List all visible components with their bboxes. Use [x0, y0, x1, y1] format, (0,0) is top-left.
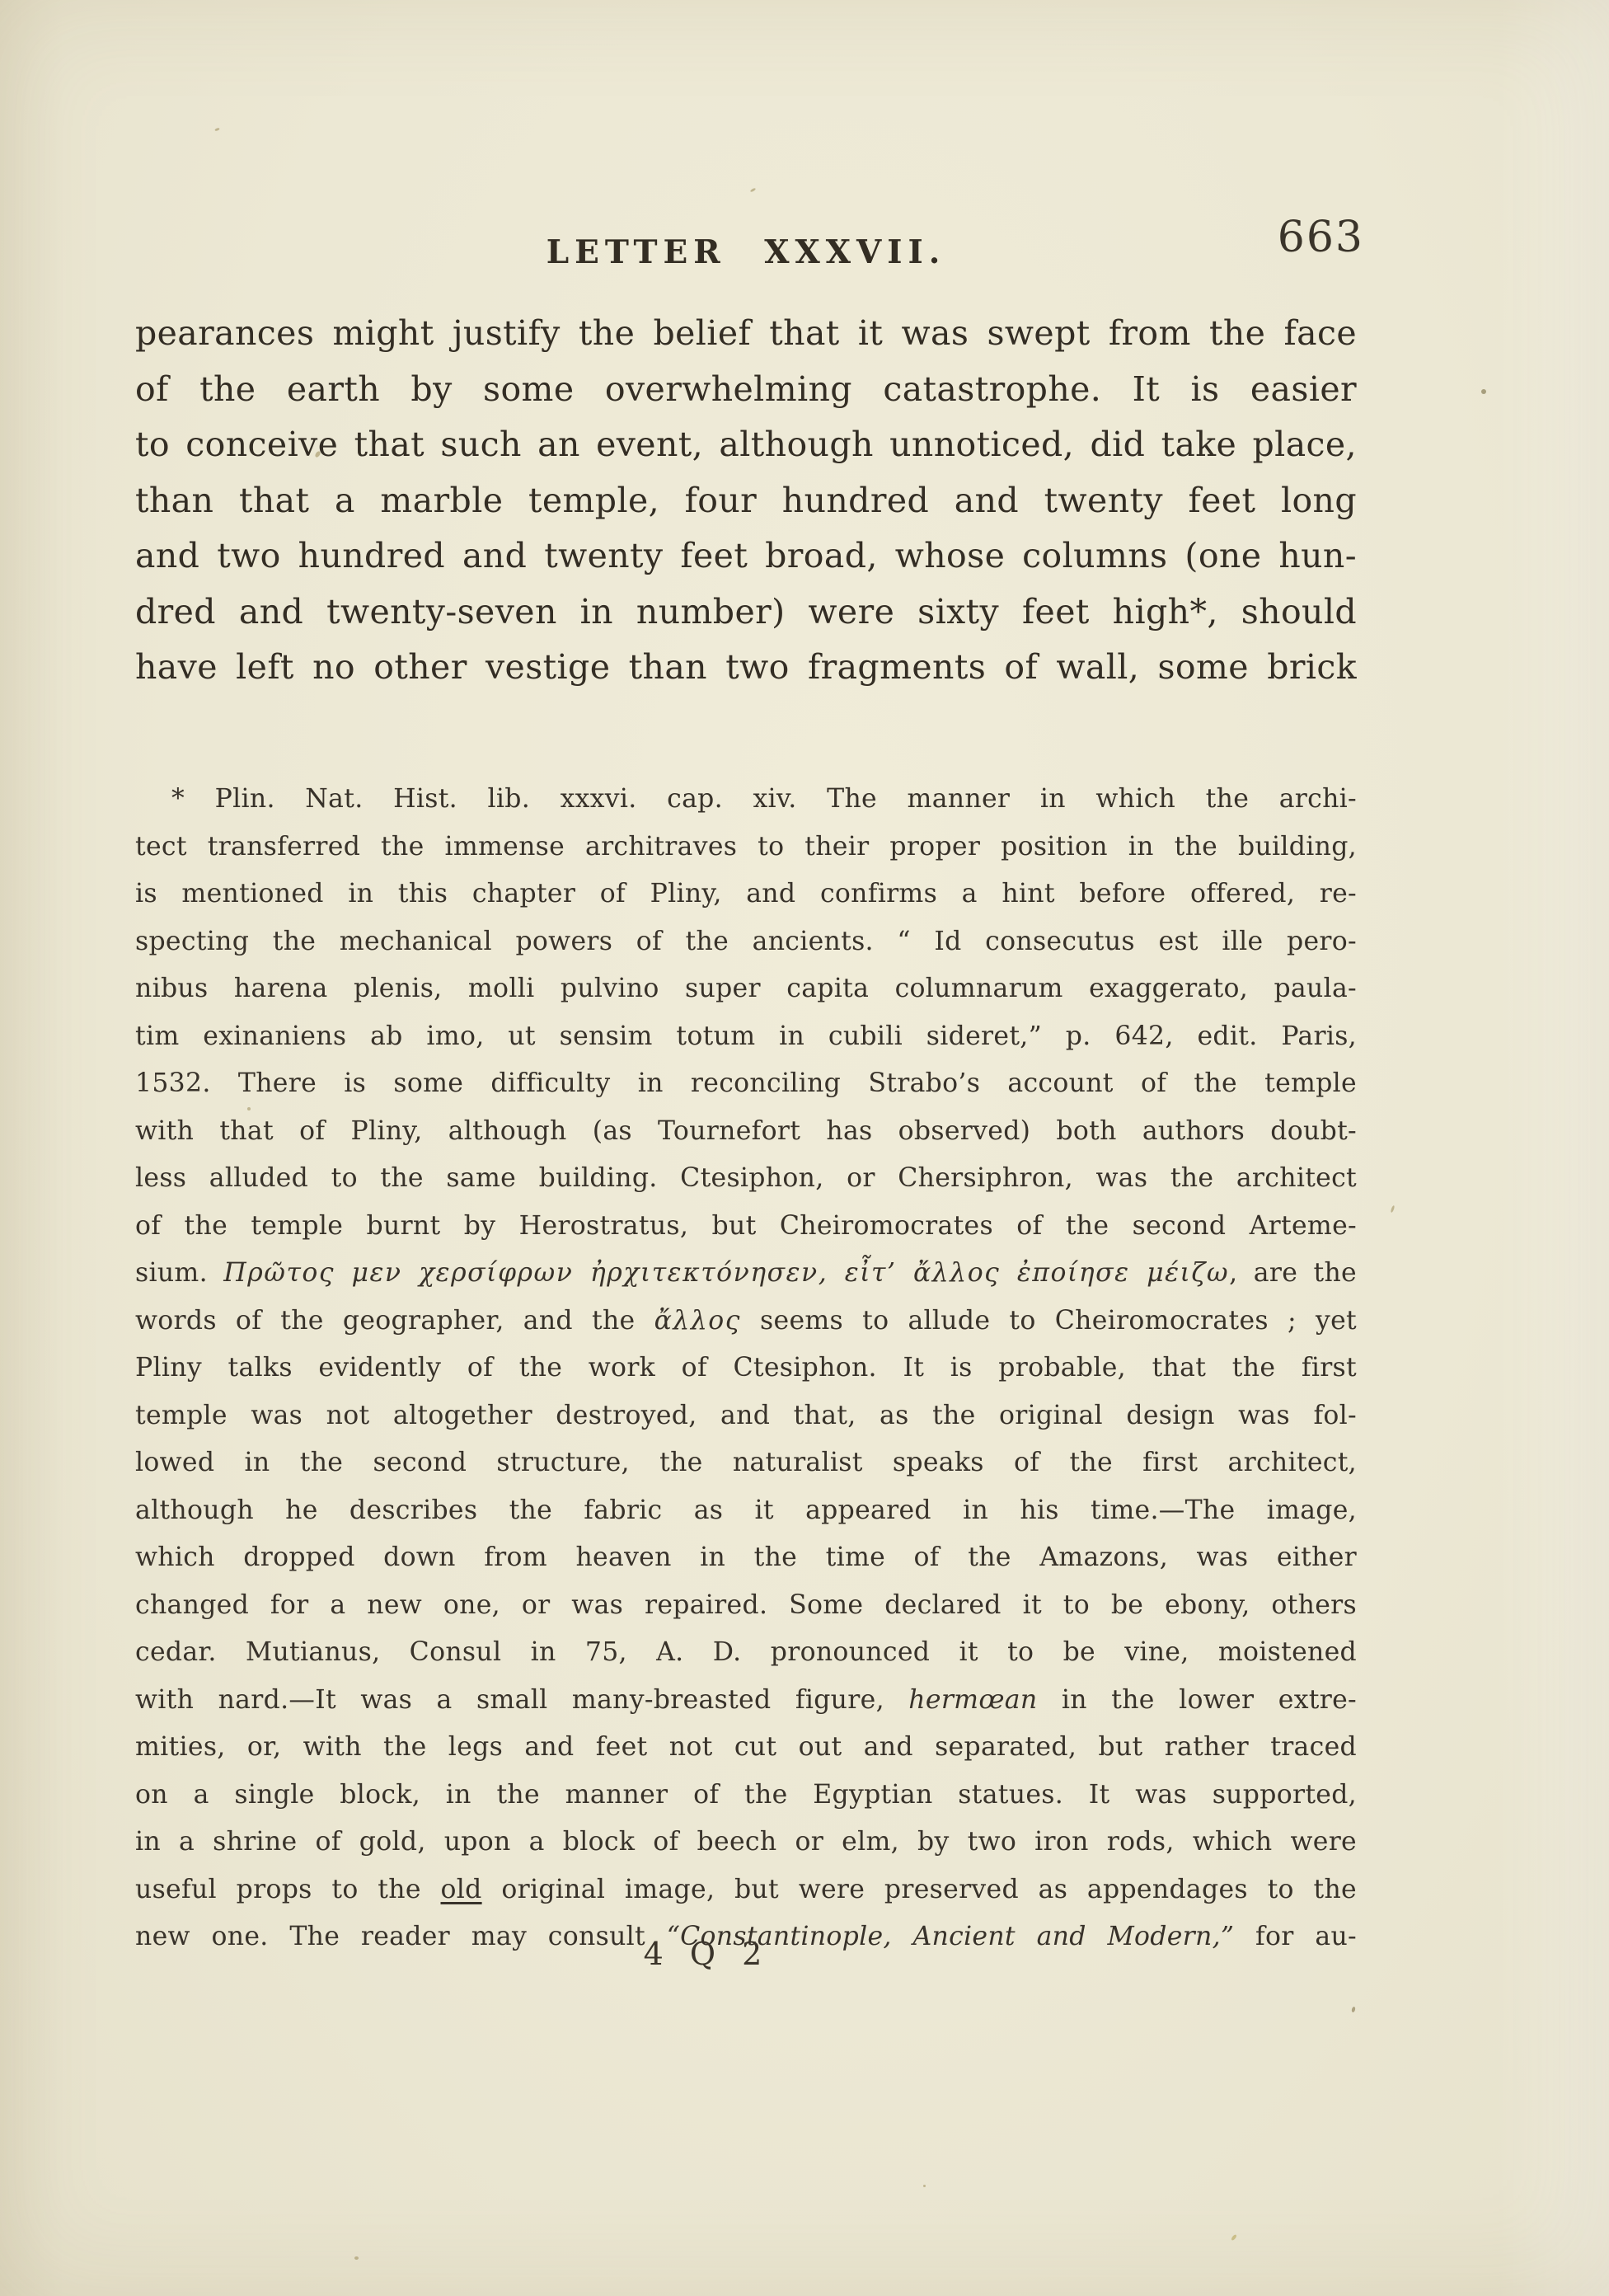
text-segment: , are the	[1229, 1258, 1357, 1288]
text-segment: old	[441, 1875, 482, 1904]
text-line: of the temple burnt by Herostratus, but …	[135, 1203, 1357, 1251]
text-line: on a single block, in the manner of the …	[135, 1772, 1357, 1819]
text-segment: with nard.—It was a small many-breasted …	[135, 1685, 908, 1715]
text-line: mities, or, with the legs and feet not c…	[135, 1724, 1357, 1772]
paper-speck	[1351, 2007, 1356, 2013]
text-line: is mentioned in this chapter of Pliny, a…	[135, 871, 1357, 918]
signature-mark: 4 Q 2	[495, 1936, 919, 1972]
text-line: less alluded to the same building. Ctesi…	[135, 1155, 1357, 1203]
text-segment: tect transferred the immense architraves…	[135, 832, 1357, 862]
text-segment: ἄλλος	[654, 1306, 741, 1336]
text-line: tim exinaniens ab imo, ut sensim totum i…	[135, 1013, 1357, 1061]
text-segment: and two hundred and twenty feet broad, w…	[135, 536, 1357, 575]
text-segment: changed for a new one, or was repaired. …	[135, 1590, 1357, 1620]
text-line: temple was not altogether destroyed, and…	[135, 1392, 1357, 1440]
text-segment: original image, but were preserved as ap…	[482, 1875, 1357, 1904]
text-line: Pliny talks evidently of the work of Cte…	[135, 1345, 1357, 1392]
text-line: in a shrine of gold, upon a block of bee…	[135, 1819, 1357, 1866]
text-segment: which dropped down from heaven in the ti…	[135, 1542, 1357, 1572]
text-line: sium. Πρῶτος μεν χερσίφρων ἠρχιτεκτόνησε…	[135, 1250, 1357, 1298]
text-segment: is mentioned in this chapter of Pliny, a…	[135, 879, 1357, 909]
paper-speck	[750, 187, 757, 192]
text-segment: pearances might justify the belief that …	[135, 313, 1357, 353]
text-segment: hermœan	[908, 1685, 1037, 1715]
text-segment: Pliny talks evidently of the work of Cte…	[135, 1353, 1357, 1383]
main-paragraph: pearances might justify the belief that …	[135, 306, 1357, 696]
paper-speck	[354, 2256, 359, 2260]
text-line: of the earth by some overwhelming catast…	[135, 362, 1357, 418]
text-line: 1532. There is some difficulty in reconc…	[135, 1060, 1357, 1108]
text-line: than that a marble temple, four hundred …	[135, 473, 1357, 529]
book-page: LETTER XXXVII. 663 pearances might justi…	[0, 0, 1609, 2296]
text-segment: than that a marble temple, four hundred …	[135, 481, 1357, 520]
text-segment: although he describes the fabric as it a…	[135, 1495, 1357, 1525]
text-line: have left no other vestige than two frag…	[135, 640, 1357, 696]
text-segment: useful props to the	[135, 1875, 441, 1904]
text-line: pearances might justify the belief that …	[135, 306, 1357, 362]
paper-speck	[1231, 2234, 1237, 2242]
text-segment: temple was not altogether destroyed, and…	[135, 1401, 1357, 1430]
text-line: words of the geographer, and the ἄλλος s…	[135, 1298, 1357, 1345]
paper-speck	[214, 128, 220, 132]
text-line: although he describes the fabric as it a…	[135, 1487, 1357, 1535]
text-segment: cedar. Mutianus, Consul in 75, A. D. pro…	[135, 1637, 1357, 1667]
text-segment: in a shrine of gold, upon a block of bee…	[135, 1827, 1357, 1857]
paper-speck	[1391, 1205, 1396, 1213]
paper-speck	[923, 2185, 926, 2187]
text-segment: sium.	[135, 1258, 223, 1288]
text-segment: in the lower extre-	[1037, 1685, 1357, 1715]
text-segment: of the temple burnt by Herostratus, but …	[135, 1211, 1357, 1241]
text-line: lowed in the second structure, the natur…	[135, 1439, 1357, 1487]
text-line: dred and twenty-seven in number) were si…	[135, 585, 1357, 641]
text-segment: with that of Pliny, although (as Tournef…	[135, 1116, 1357, 1146]
text-segment: have left no other vestige than two frag…	[135, 647, 1357, 687]
page-number: 663	[136, 213, 1364, 262]
paper-speck	[247, 1107, 251, 1110]
text-segment: Πρῶτος μεν χερσίφρων ἠρχιτεκτόνησεν, εἶτ…	[223, 1258, 1229, 1288]
text-line: useful props to the old original image, …	[135, 1866, 1357, 1914]
text-segment: of the earth by some overwhelming catast…	[135, 369, 1357, 409]
text-line: with that of Pliny, although (as Tournef…	[135, 1108, 1357, 1156]
text-line: to conceive that such an event, although…	[135, 417, 1357, 473]
text-segment: 1532. There is some difficulty in reconc…	[135, 1068, 1357, 1098]
text-segment: tim exinaniens ab imo, ut sensim totum i…	[135, 1021, 1357, 1051]
text-segment: lowed in the second structure, the natur…	[135, 1448, 1357, 1477]
text-line: * Plin. Nat. Hist. lib. xxxvi. cap. xiv.…	[135, 776, 1357, 824]
text-line: with nard.—It was a small many-breasted …	[135, 1677, 1357, 1725]
text-segment: mities, or, with the legs and feet not c…	[135, 1732, 1357, 1762]
text-line: nibus harena plenis, molli pulvino super…	[135, 965, 1357, 1013]
text-line: cedar. Mutianus, Consul in 75, A. D. pro…	[135, 1629, 1357, 1677]
text-segment: to conceive that such an event, although…	[135, 425, 1357, 464]
text-line: tect transferred the immense architraves…	[135, 824, 1357, 871]
text-segment: on a single block, in the manner of the …	[135, 1780, 1357, 1810]
text-segment: * Plin. Nat. Hist. lib. xxxvi. cap. xiv.…	[171, 784, 1357, 814]
footnote-block: * Plin. Nat. Hist. lib. xxxvi. cap. xiv.…	[135, 776, 1357, 1961]
paper-speck	[1481, 389, 1486, 394]
text-segment: nibus harena plenis, molli pulvino super…	[135, 974, 1357, 1003]
text-segment: less alluded to the same building. Ctesi…	[135, 1163, 1357, 1193]
text-segment: for au-	[1234, 1922, 1357, 1951]
text-segment: seems to allude to Cheiromocrates ; yet	[741, 1306, 1357, 1336]
text-line: changed for a new one, or was repaired. …	[135, 1582, 1357, 1630]
text-segment: dred and twenty-seven in number) were si…	[135, 592, 1357, 632]
text-line: specting the mechanical powers of the an…	[135, 918, 1357, 966]
text-segment: words of the geographer, and the	[135, 1306, 654, 1336]
text-line: and two hundred and twenty feet broad, w…	[135, 528, 1357, 585]
text-segment: specting the mechanical powers of the an…	[135, 927, 1357, 956]
text-line: which dropped down from heaven in the ti…	[135, 1534, 1357, 1582]
